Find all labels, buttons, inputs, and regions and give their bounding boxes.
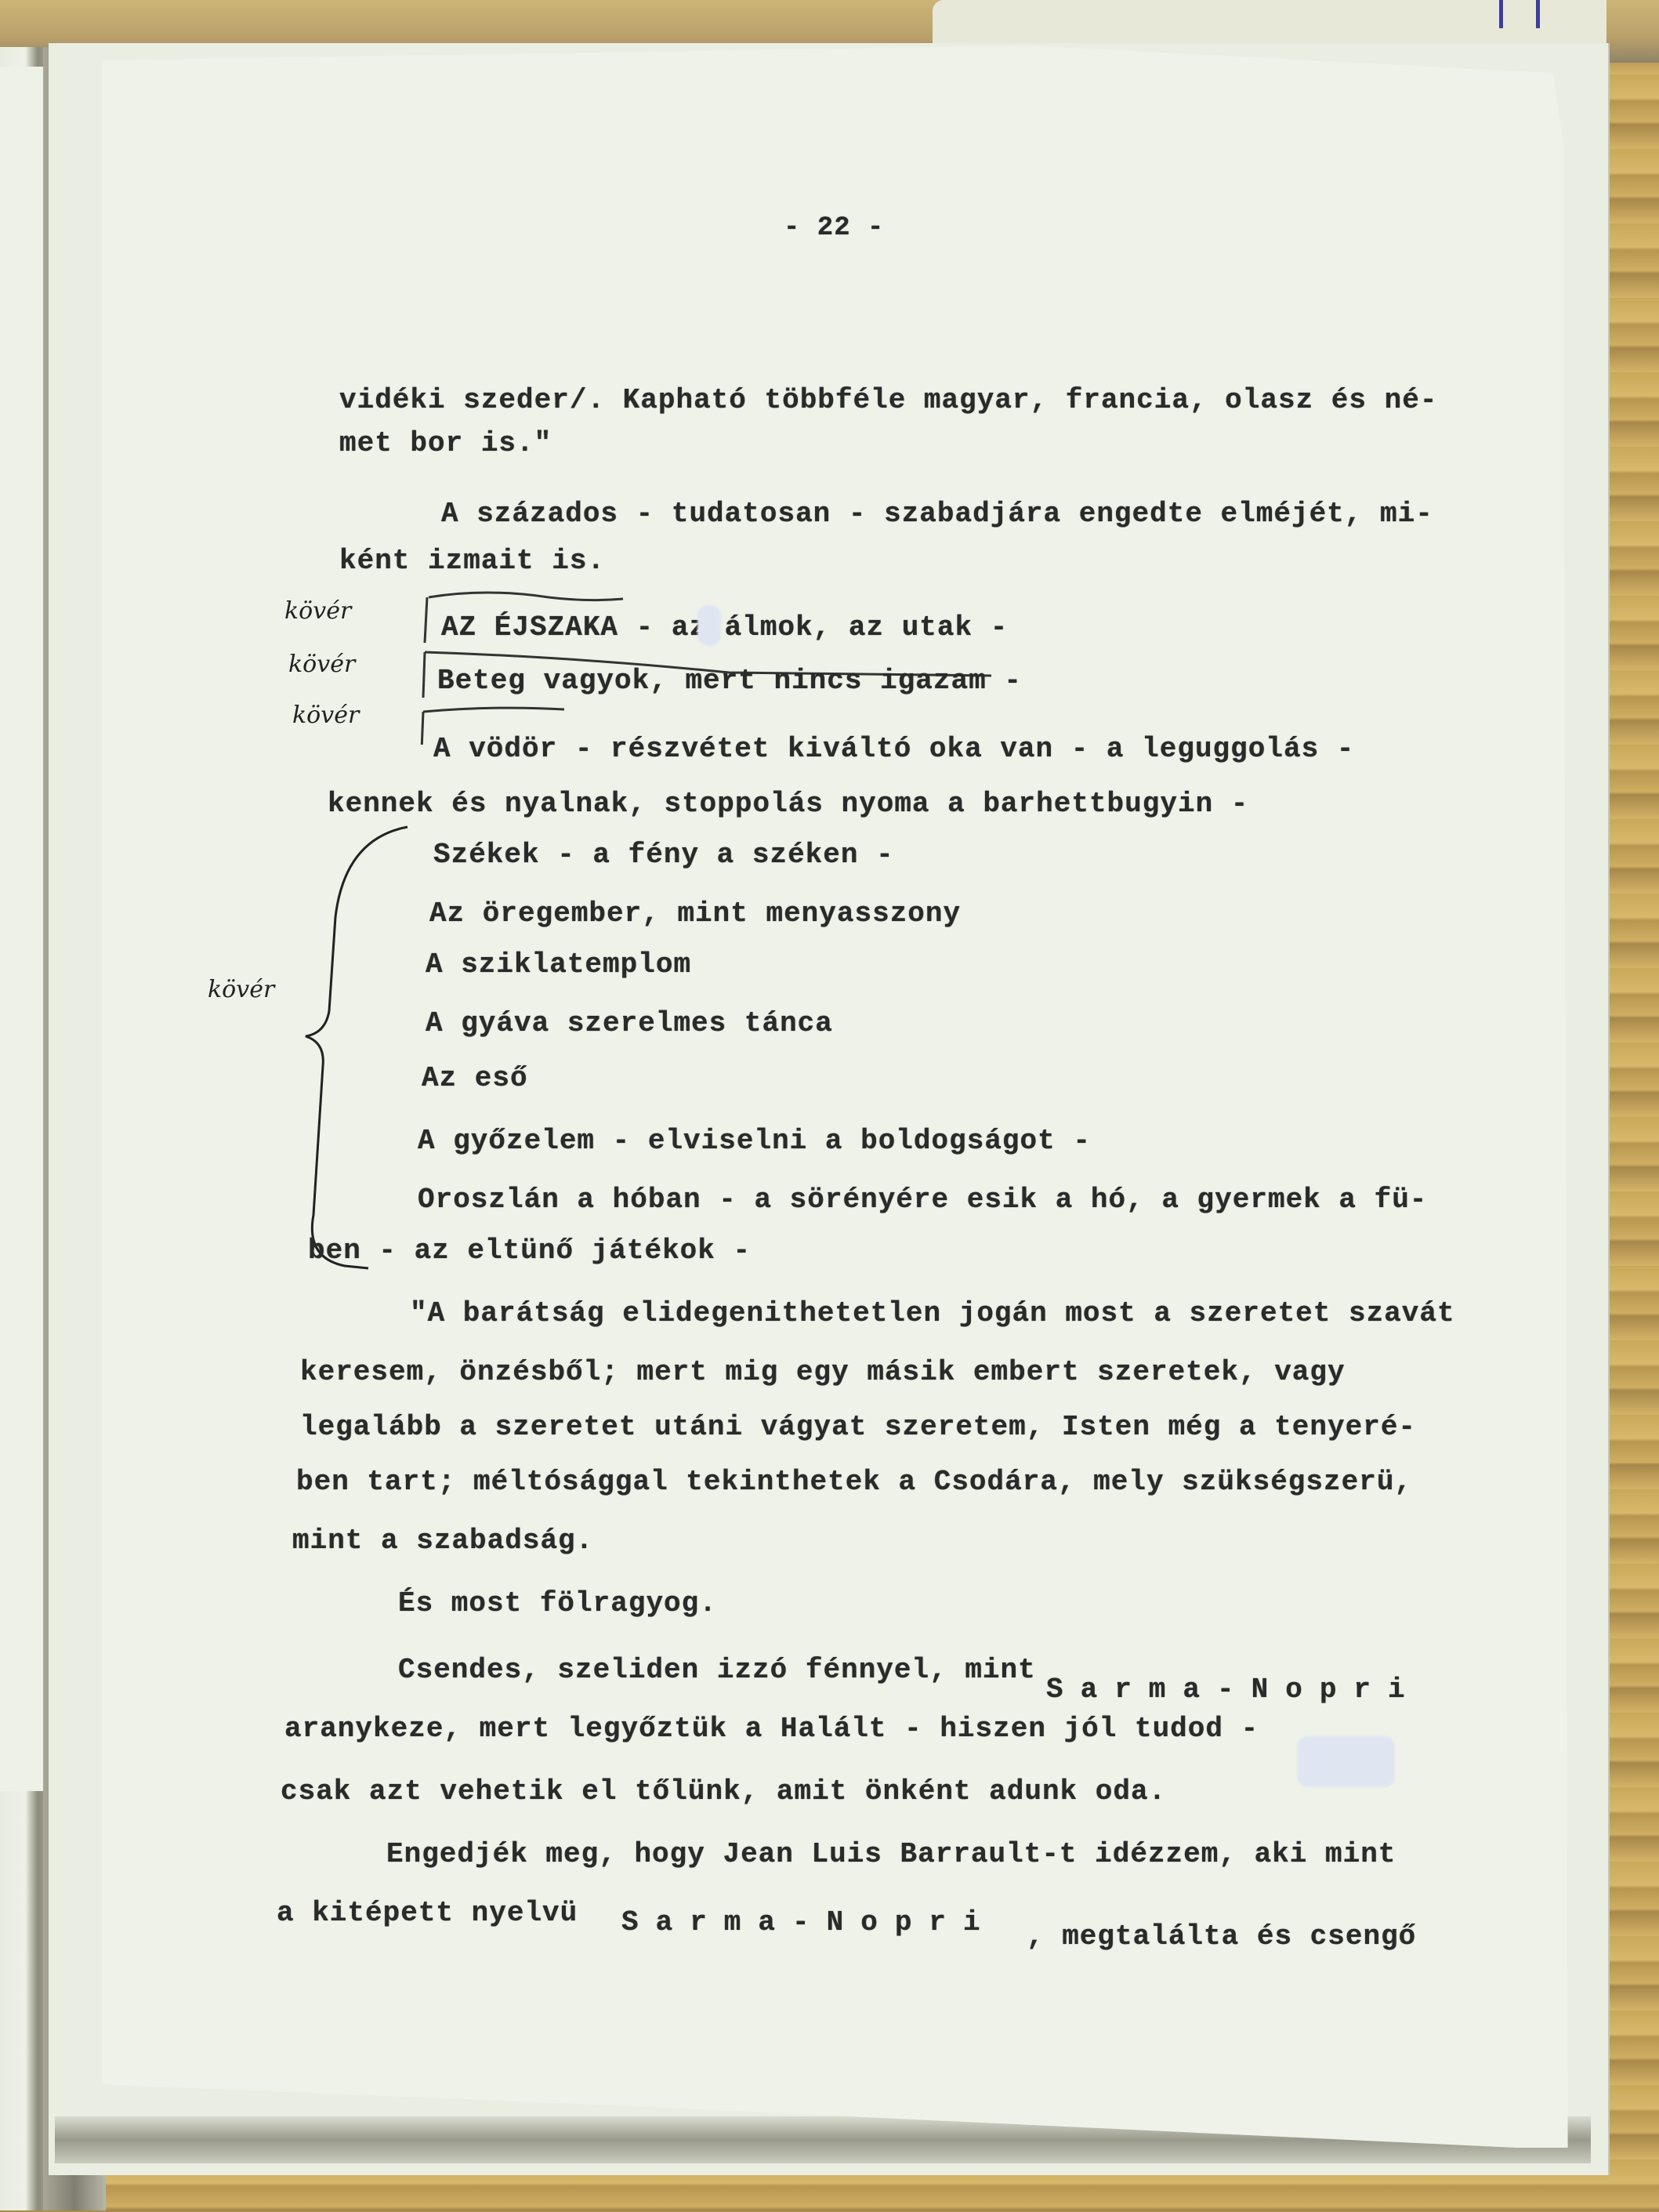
blue-marker-line bbox=[1499, 0, 1503, 28]
text-line: , megtalálta és csengő bbox=[1027, 1920, 1416, 1953]
text-line: aranykeze, mert legyőztük a Halált - his… bbox=[284, 1713, 1259, 1745]
text-line: keresem, önzésből; mert mig egy másik em… bbox=[300, 1356, 1346, 1388]
handwritten-annotation: kövér bbox=[284, 597, 351, 625]
text-line: Az öregember, mint menyasszony bbox=[429, 897, 961, 930]
page-number: - 22 - bbox=[784, 213, 884, 243]
text-line: mint a szabadság. bbox=[292, 1525, 593, 1557]
text-line: Csendes, szeliden izzó fénnyel, mint bbox=[398, 1654, 1036, 1686]
text-line: És most fölragyog. bbox=[398, 1587, 717, 1619]
text-line: Az eső bbox=[422, 1062, 528, 1094]
text-line: met bor is." bbox=[339, 427, 552, 459]
correction-fluid-mark bbox=[697, 605, 721, 646]
handwritten-annotation: kövér bbox=[208, 976, 274, 1003]
text-line: a kitépett nyelvü bbox=[277, 1897, 578, 1929]
text-line: ben - az eltünő játékok - bbox=[308, 1235, 751, 1267]
text-line: A gyáva szerelmes tánca bbox=[426, 1007, 833, 1039]
correction-fluid-mark bbox=[1297, 1736, 1395, 1787]
adjacent-page bbox=[0, 67, 44, 1791]
text-line: kennek és nyalnak, stoppolás nyoma a bar… bbox=[328, 788, 1248, 820]
text-line: legalább a szeretet utáni vágyat szerete… bbox=[300, 1411, 1416, 1443]
text-line: "A barátság elidegenithetetlen jogán mos… bbox=[410, 1297, 1455, 1329]
blue-marker-line bbox=[1536, 0, 1540, 28]
spaced-name: Sarma-Nopri bbox=[621, 1906, 998, 1938]
text-line: Oroszlán a hóban - a sörényére esik a hó… bbox=[418, 1184, 1427, 1216]
bold-title-line: A vödör - részvétet kiváltó oka van - a … bbox=[433, 733, 1354, 765]
bold-title-line: AZ ÉJSZAKA - az álmok, az utak - bbox=[441, 611, 1008, 644]
text-line: A sziklatemplom bbox=[426, 948, 691, 981]
text-line: A százados - tudatosan - szabadjára enge… bbox=[441, 498, 1433, 530]
handwritten-annotation: kövér bbox=[292, 702, 359, 729]
bold-title-line: Beteg vagyok, mert nincs igazam - bbox=[437, 665, 1022, 697]
text-line: ként izmait is. bbox=[339, 545, 605, 577]
text-line: csak azt vehetik el tőlünk, amit önként … bbox=[281, 1775, 1166, 1808]
spaced-name: Sarma-Nopri bbox=[1046, 1674, 1422, 1706]
text-line: Engedjék meg, hogy Jean Luis Barrault-t … bbox=[386, 1838, 1396, 1870]
handwritten-annotation: kövér bbox=[288, 651, 355, 678]
text-line: ben tart; méltósággal tekinthetek a Csod… bbox=[296, 1466, 1412, 1498]
text-line: vidéki szeder/. Kapható többféle magyar,… bbox=[339, 384, 1437, 416]
text-line: Székek - a fény a széken - bbox=[433, 839, 894, 871]
text-line: A győzelem - elviselni a boldogságot - bbox=[418, 1125, 1091, 1157]
